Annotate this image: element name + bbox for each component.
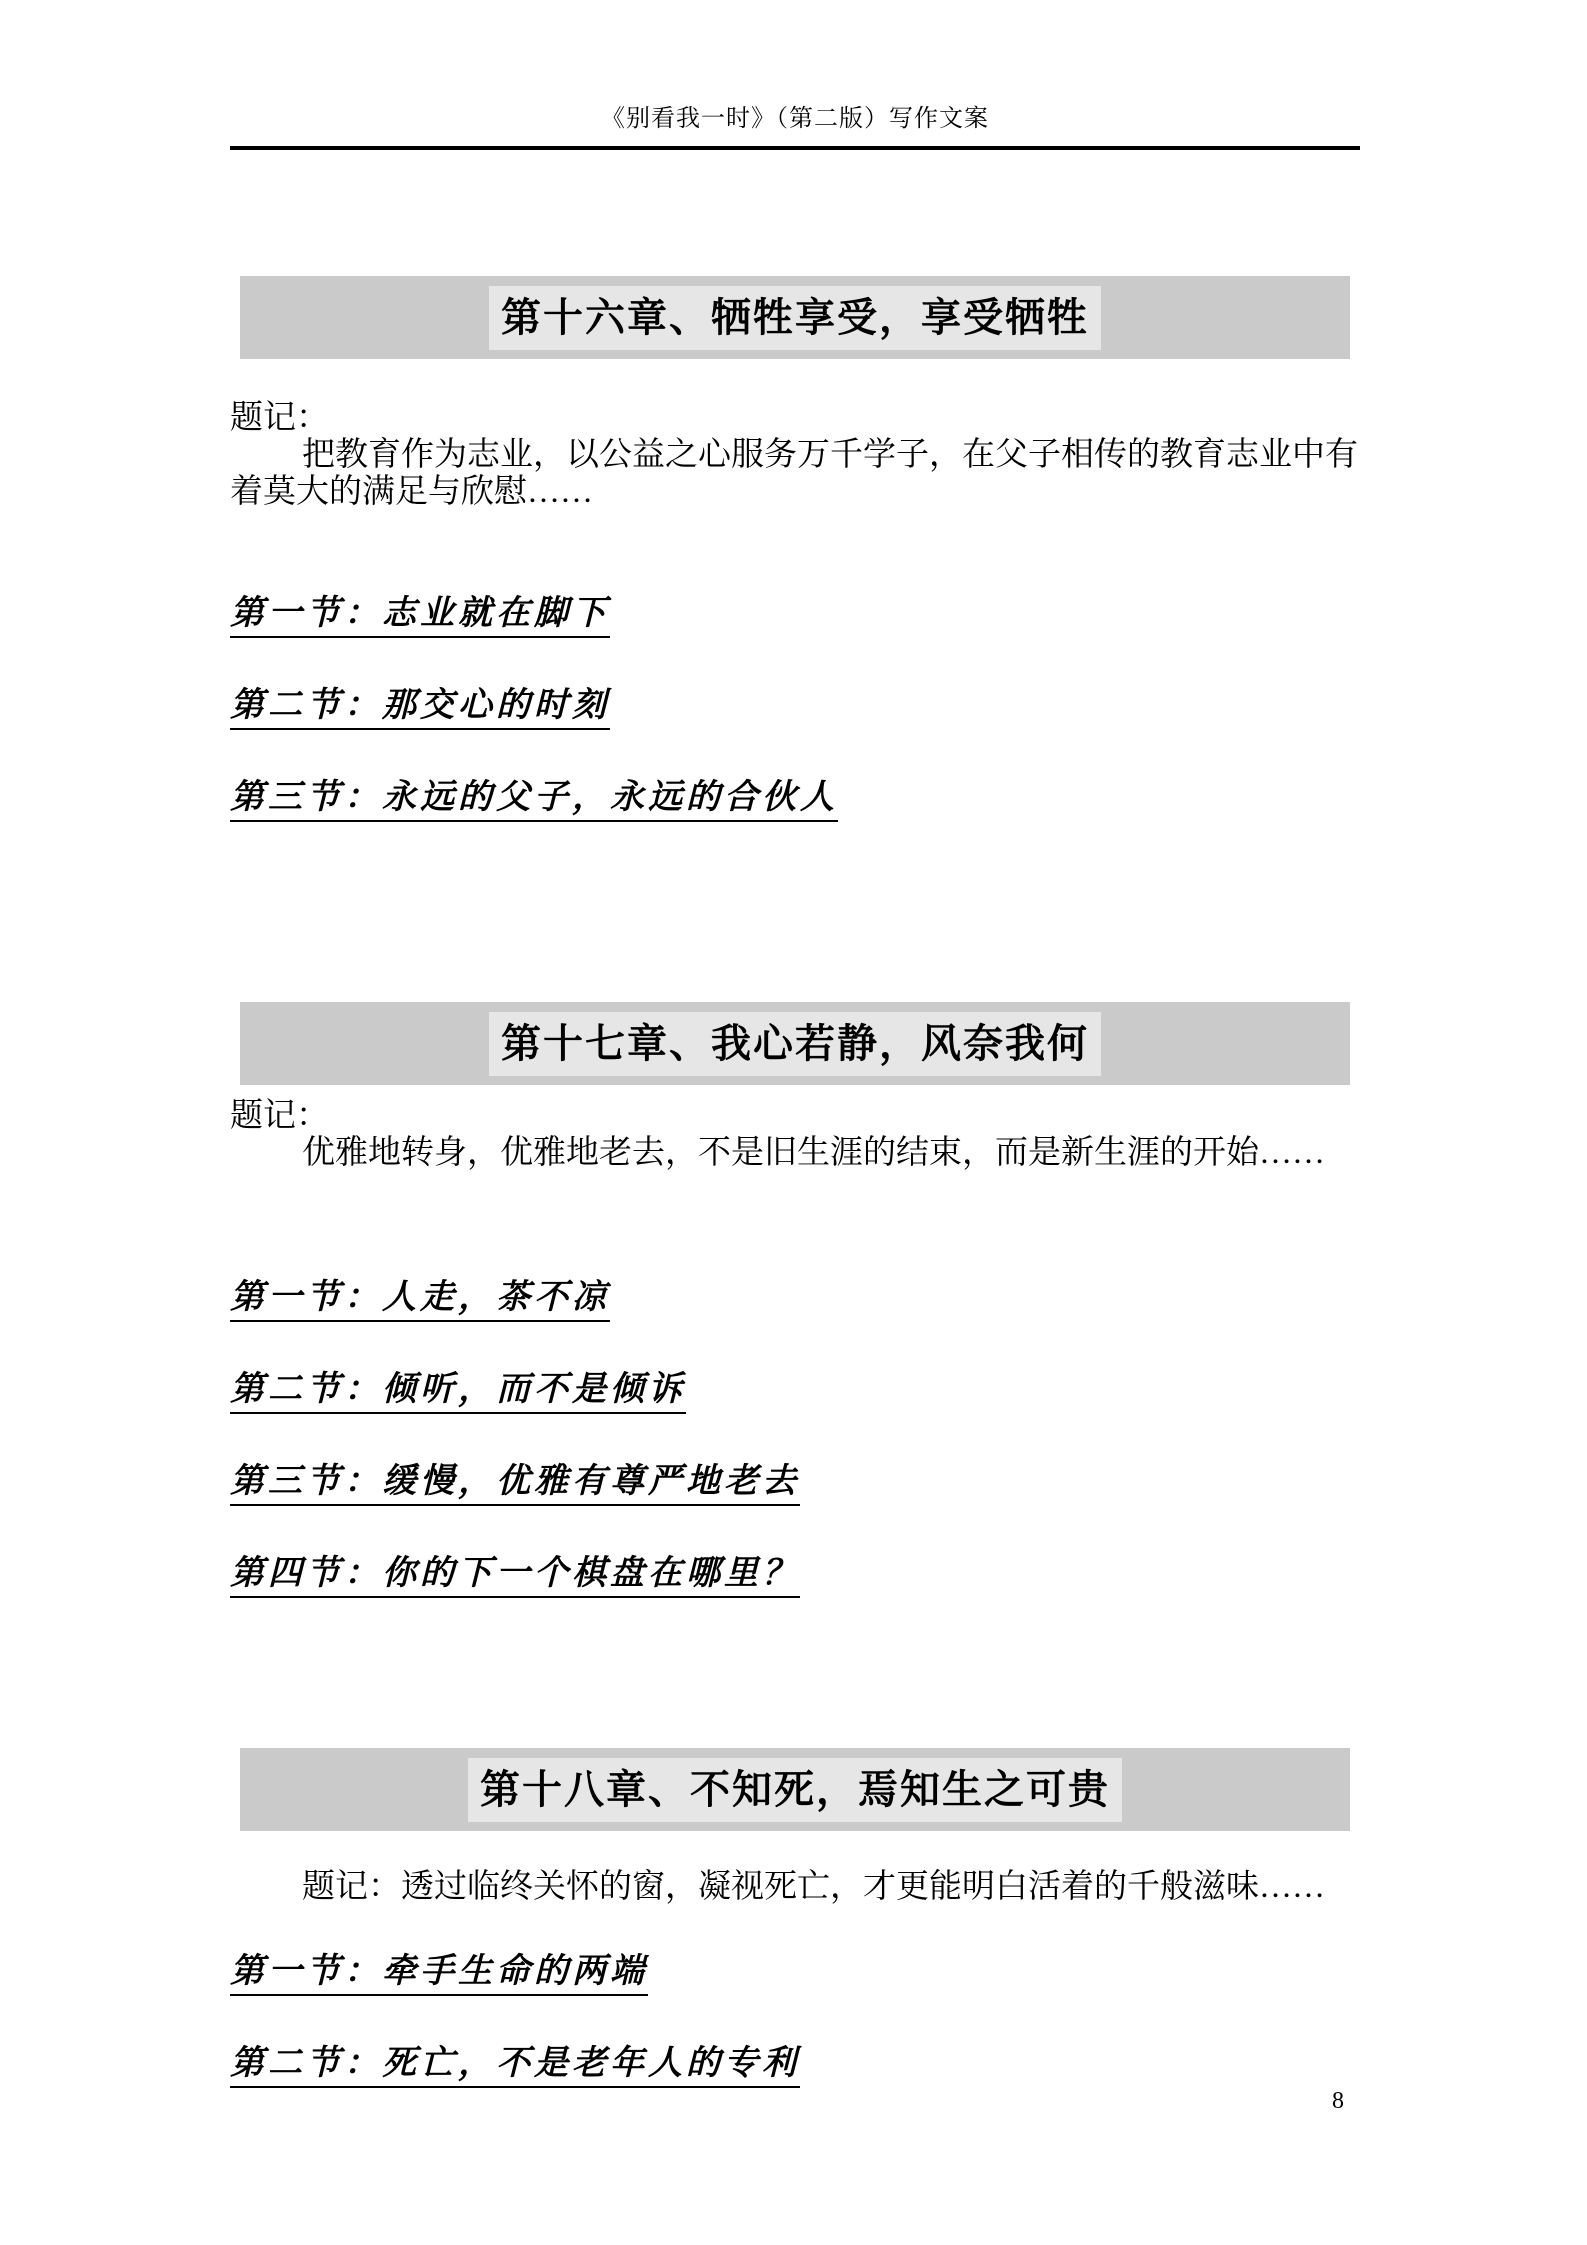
section-line: 第一节：牵手生命的两端 [230, 1951, 1360, 1999]
document-page: 《别看我一时》（第二版）写作文案 第十六章、牺牲享受，享受牺牲 题记： 把教育作… [0, 0, 1587, 2245]
chapter-17-sections: 第一节：人走，茶不凉 第二节：倾听，而不是倾诉 第三节：缓慢，优雅有尊严地老去 … [230, 1277, 1360, 1601]
page-header: 《别看我一时》（第二版）写作文案 [230, 104, 1360, 150]
chapter-17-section-3-title: 第三节：缓慢，优雅有尊严地老去 [230, 1463, 800, 1506]
chapter-17-epigraph-label: 题记： [230, 1098, 1360, 1135]
chapter-16: 第十六章、牺牲享受，享受牺牲 题记： 把教育作为志业，以公益之心服务万千学子，在… [230, 276, 1360, 825]
chapter-18-epigraph-text: 题记：透过临终关怀的窗，凝视死亡，才更能明白活着的千般滋味…… [230, 1869, 1360, 1906]
chapter-18-title: 第十八章、不知死，焉知生之可贵 [468, 1758, 1122, 1822]
chapter-17-epigraph-text: 优雅地转身，优雅地老去，不是旧生涯的结束，而是新生涯的开始…… [230, 1135, 1360, 1172]
section-line: 第二节：倾听，而不是倾诉 [230, 1369, 1360, 1417]
section-line: 第四节：你的下一个棋盘在哪里？ [230, 1553, 1360, 1601]
chapter-16-section-1-title: 第一节：志业就在脚下 [230, 595, 610, 638]
section-line: 第一节：志业就在脚下 [230, 593, 1360, 641]
chapter-18: 第十八章、不知死，焉知生之可贵 题记：透过临终关怀的窗，凝视死亡，才更能明白活着… [230, 1748, 1360, 2091]
chapter-18-heading-band: 第十八章、不知死，焉知生之可贵 [240, 1748, 1350, 1831]
chapter-17-heading-band: 第十七章、我心若静，风奈我何 [240, 1002, 1350, 1085]
chapter-16-section-2-title: 第二节：那交心的时刻 [230, 687, 610, 730]
section-line: 第一节：人走，茶不凉 [230, 1277, 1360, 1325]
section-line: 第三节：永远的父子，永远的合伙人 [230, 777, 1360, 825]
section-line: 第二节：死亡，不是老年人的专利 [230, 2043, 1360, 2091]
chapter-16-sections: 第一节：志业就在脚下 第二节：那交心的时刻 第三节：永远的父子，永远的合伙人 [230, 593, 1360, 825]
chapter-16-heading-band: 第十六章、牺牲享受，享受牺牲 [240, 276, 1350, 359]
chapter-17-section-4-title: 第四节：你的下一个棋盘在哪里？ [230, 1555, 800, 1598]
page-number: 8 [1332, 2086, 1344, 2116]
chapter-16-title: 第十六章、牺牲享受，享受牺牲 [489, 286, 1101, 350]
chapter-18-sections: 第一节：牵手生命的两端 第二节：死亡，不是老年人的专利 [230, 1951, 1360, 2091]
chapter-17: 第十七章、我心若静，风奈我何 题记： 优雅地转身，优雅地老去，不是旧生涯的结束，… [230, 1002, 1360, 1601]
header-rule [230, 146, 1360, 150]
chapter-18-section-1-title: 第一节：牵手生命的两端 [230, 1953, 648, 1996]
section-line: 第三节：缓慢，优雅有尊严地老去 [230, 1461, 1360, 1509]
chapter-17-section-1-title: 第一节：人走，茶不凉 [230, 1279, 610, 1322]
chapter-16-epigraph-label: 题记： [230, 400, 1360, 437]
chapter-16-section-3-title: 第三节：永远的父子，永远的合伙人 [230, 779, 838, 822]
header-title: 《别看我一时》（第二版）写作文案 [230, 104, 1360, 134]
chapter-17-section-2-title: 第二节：倾听，而不是倾诉 [230, 1371, 686, 1414]
chapter-18-section-2-title: 第二节：死亡，不是老年人的专利 [230, 2045, 800, 2088]
chapter-17-title: 第十七章、我心若静，风奈我何 [489, 1012, 1101, 1076]
chapter-16-epigraph-text: 把教育作为志业，以公益之心服务万千学子，在父子相传的教育志业中有着莫大的满足与欣… [230, 437, 1360, 511]
section-line: 第二节：那交心的时刻 [230, 685, 1360, 733]
